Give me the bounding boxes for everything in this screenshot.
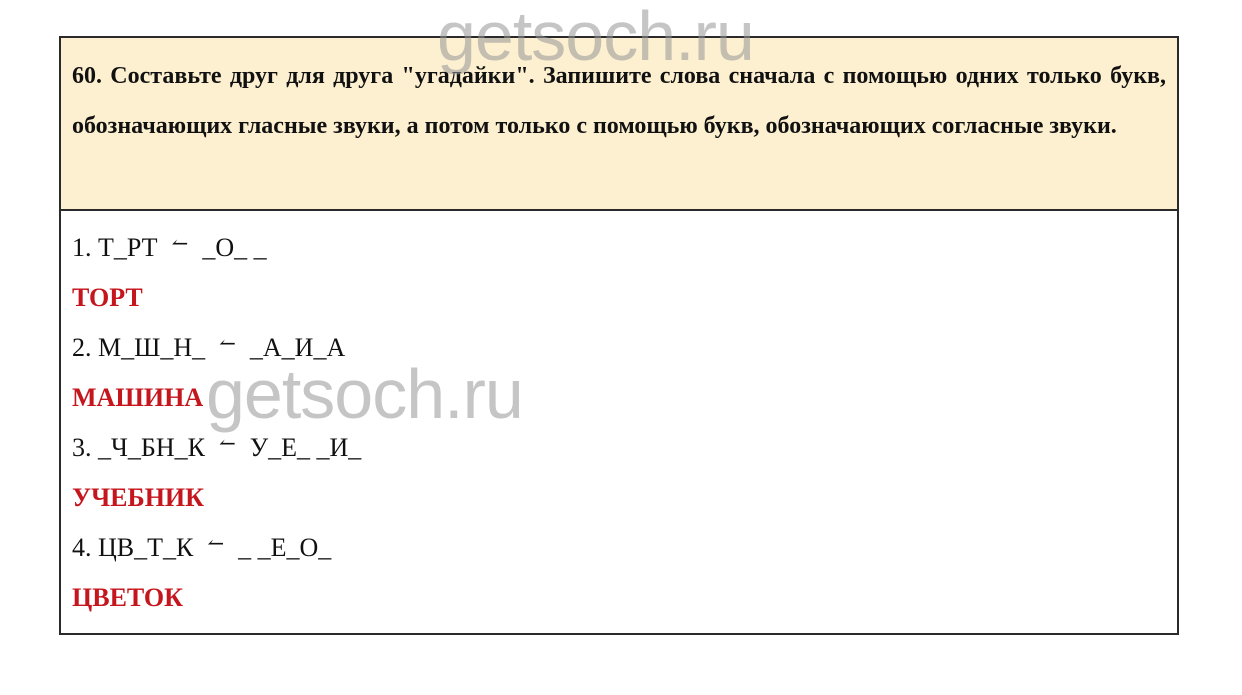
consonant-pattern: 3. _Ч_БН_К (72, 433, 205, 462)
arrow-icon: ↼ (207, 519, 224, 569)
task-text: 60. Составьте друг для друга "угадайки".… (72, 51, 1166, 151)
answer-word-4: ЦВЕТОК (72, 573, 1166, 623)
riddle-line-3: 3. _Ч_БН_К↼У_Е_ _И_ (72, 423, 1166, 473)
riddle-line-2: 2. М_Ш_Н_↼_А_И_А (72, 323, 1166, 373)
riddle-line-1: 1. Т_РТ↼_О_ _ (72, 223, 1166, 273)
vowel-pattern: У_Е_ _И_ (250, 433, 362, 462)
vowel-pattern: _А_И_А (250, 333, 345, 362)
answer-word-3: УЧЕБНИК (72, 473, 1166, 523)
consonant-pattern: 4. ЦВ_Т_К (72, 533, 193, 562)
arrow-icon: ↼ (219, 319, 236, 369)
arrow-icon: ↼ (219, 419, 236, 469)
answer-word-2: МАШИНА (72, 373, 1166, 423)
arrow-icon: ↼ (172, 219, 189, 269)
consonant-pattern: 1. Т_РТ (72, 233, 158, 262)
answers-section: 1. Т_РТ↼_О_ _ ТОРТ 2. М_Ш_Н_↼_А_И_А МАШИ… (61, 211, 1177, 623)
riddle-line-4: 4. ЦВ_Т_К↼_ _Е_О_ (72, 523, 1166, 573)
vowel-pattern: _О_ _ (202, 233, 266, 262)
vowel-pattern: _ _Е_О_ (238, 533, 331, 562)
exercise-box: 60. Составьте друг для друга "угадайки".… (59, 36, 1179, 635)
answer-word-1: ТОРТ (72, 273, 1166, 323)
task-statement: 60. Составьте друг для друга "угадайки".… (61, 38, 1177, 211)
consonant-pattern: 2. М_Ш_Н_ (72, 333, 205, 362)
